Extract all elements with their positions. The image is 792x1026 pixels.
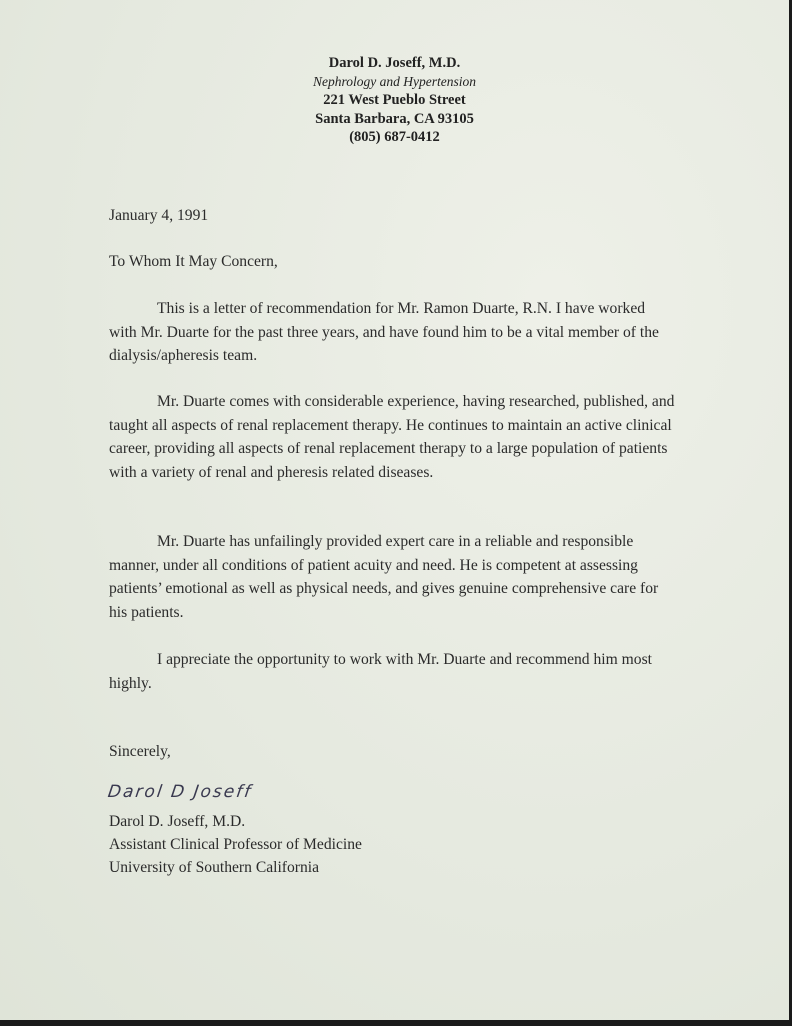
signer-institution: University of Southern California [109,856,362,879]
letterhead-phone: (805) 687-0412 [0,128,789,147]
signature-block: Darol D. Joseff, M.D. Assistant Clinical… [109,810,362,879]
signer-name: Darol D. Joseff, M.D. [109,810,362,833]
salutation: To Whom It May Concern, [109,250,675,274]
letterhead-city: Santa Barbara, CA 93105 [0,110,789,129]
paragraph-1: This is a letter of recommendation for M… [109,297,675,368]
signer-title: Assistant Clinical Professor of Medicine [109,833,362,856]
paragraph-2: Mr. Duarte comes with considerable exper… [109,390,675,484]
letterhead-street: 221 West Pueblo Street [0,91,789,110]
letterhead-specialty: Nephrology and Hypertension [0,73,789,92]
letterhead-name: Darol D. Joseff, M.D. [0,54,789,73]
paragraph-4: I appreciate the opportunity to work wit… [109,648,675,695]
letter-date: January 4, 1991 [109,204,675,228]
closing: Sincerely, [109,740,675,764]
handwritten-signature: Darol D Joseff [107,782,254,802]
letter-page: Darol D. Joseff, M.D. Nephrology and Hyp… [0,0,789,1020]
letterhead: Darol D. Joseff, M.D. Nephrology and Hyp… [0,54,789,147]
paragraph-3: Mr. Duarte has unfailingly provided expe… [109,530,675,624]
